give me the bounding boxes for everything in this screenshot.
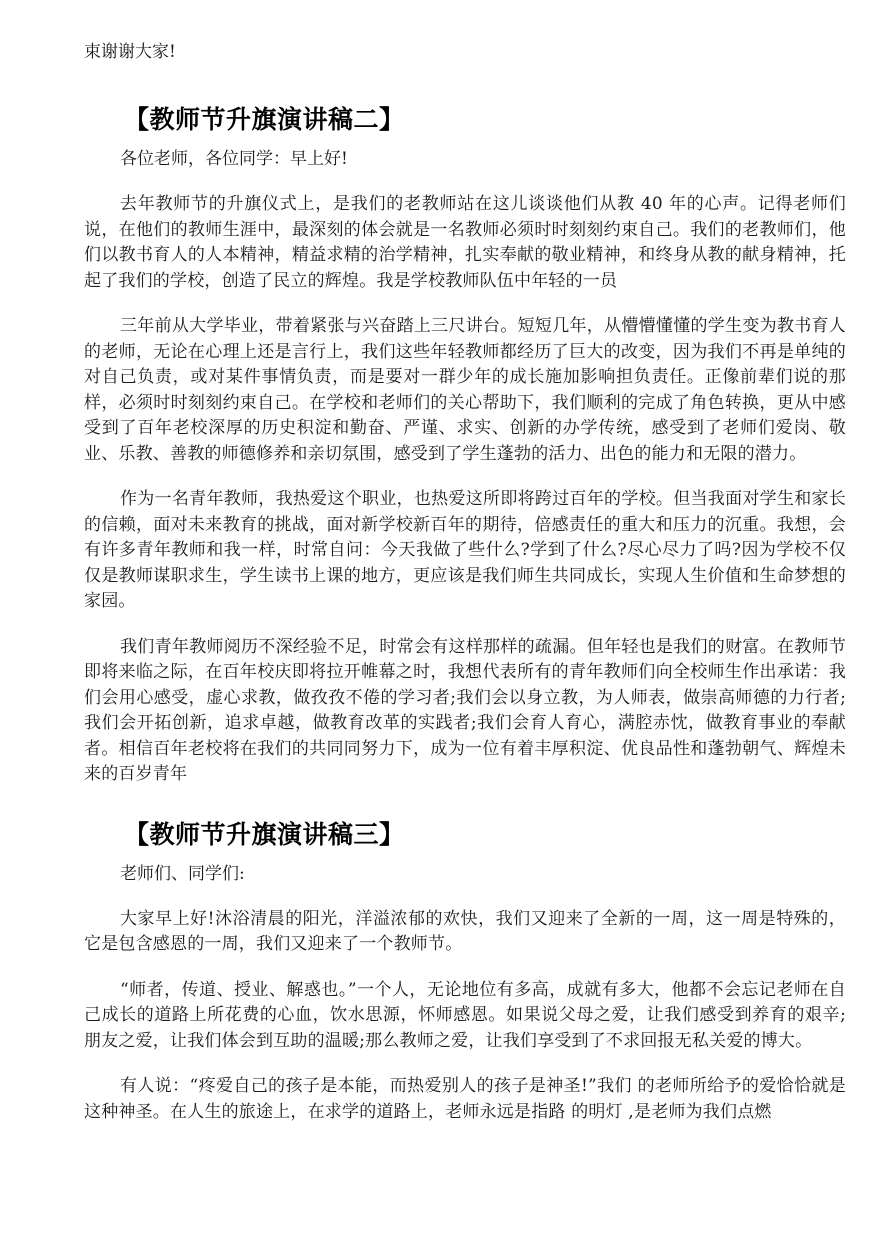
- greeting: 各位老师，各位同学：早上好!: [84, 147, 846, 172]
- document-page: 束谢谢大家! 【教师节升旗演讲稿二】 各位老师，各位同学：早上好! 去年教师节的…: [84, 40, 846, 1125]
- paragraph: 去年教师节的升旗仪式上，是我们的老教师站在这儿谈谈他们从教 40 年的心声。记得…: [84, 192, 846, 294]
- section-heading: 【教师节升旗演讲稿三】: [84, 818, 846, 852]
- speech-section-3: 【教师节升旗演讲稿三】 老师们、同学们: 大家早上好!沐浴清晨的阳光，洋溢浓郁的…: [84, 818, 846, 1126]
- paragraph: 大家早上好!沐浴清晨的阳光，洋溢浓郁的欢快，我们又迎来了全新的一周，这一周是特殊…: [84, 907, 846, 958]
- paragraph: 有人说：“疼爱自己的孩子是本能，而热爱别人的孩子是神圣!”我们 的老师所给予的爱…: [84, 1074, 846, 1125]
- greeting: 老师们、同学们:: [84, 862, 846, 887]
- paragraph: “师者，传道、授业、解惑也。”一个人，无论地位有多高，成就有多大，他都不会忘记老…: [84, 978, 846, 1055]
- section-heading: 【教师节升旗演讲稿二】: [84, 103, 846, 137]
- paragraph: 三年前从大学毕业，带着紧张与兴奋踏上三尺讲台。短短几年，从懵懵懂懂的学生变为教书…: [84, 314, 846, 467]
- speech-section-2: 【教师节升旗演讲稿二】 各位老师，各位同学：早上好! 去年教师节的升旗仪式上，是…: [84, 103, 846, 788]
- closing-line: 束谢谢大家!: [84, 40, 846, 65]
- paragraph: 我们青年教师阅历不深经验不足，时常会有这样那样的疏漏。但年轻也是我们的财富。在教…: [84, 635, 846, 788]
- paragraph: 作为一名青年教师，我热爱这个职业，也热爱这所即将跨过百年的学校。但当我面对学生和…: [84, 487, 846, 615]
